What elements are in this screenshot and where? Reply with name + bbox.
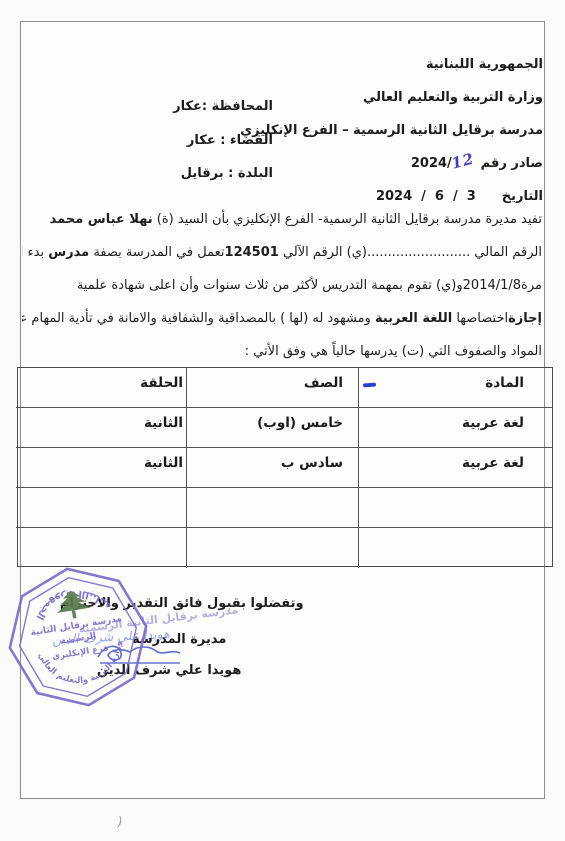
scanned-document-page: { "header": { "right_lines": [ "الجمهوري… — [0, 0, 565, 841]
issue-year: 2024 — [411, 147, 447, 180]
body-line-5: المواد والصفوف التي (ت) يدرسها حالياً هي… — [22, 335, 542, 368]
body-line-1: تفيد مديرة مدرسة برقايل الثانية الرسمية-… — [22, 203, 542, 236]
governorate-label: المحافظة : — [202, 99, 273, 114]
column-header-class: الصف — [187, 368, 359, 408]
table-row-2-subject: لغة عربية — [359, 448, 552, 488]
subjects-table: المادة الصف الحلقة لغة عربية خامس (اوب) … — [17, 367, 553, 567]
town-field: البلدة : برقايل — [113, 157, 273, 191]
table-row-1-class: خامس (اوب) — [187, 408, 359, 448]
table-row-3-class — [187, 488, 359, 528]
teacher-name: نهلا عباس محمد — [50, 212, 153, 227]
body-line-3: مرة2014/1/8و(ي) تقوم بمهمة التدريس لأكثر… — [22, 269, 542, 302]
table-row-3-subject — [359, 488, 552, 528]
body-line-4-end: ومشهود له (لها ) بالمصداقية والشفافية وا… — [22, 311, 375, 326]
table-row-4-class — [187, 528, 359, 568]
principal-name: هويدا علي شرف الدين — [97, 663, 241, 678]
financial-number-label: الرقم المالي .........................(ي… — [279, 245, 542, 260]
table-row-1-subject: لغة عربية — [359, 408, 552, 448]
automated-number: 124501 — [225, 245, 279, 260]
governorate-field: المحافظة :عكار — [113, 90, 273, 124]
body-line-4: إجازةاختصاصها اللغة العربية ومشهود له (ل… — [22, 302, 542, 335]
location-fields: المحافظة :عكار القضاء : عكار البلدة : بر… — [113, 90, 273, 191]
column-header-cycle: الحلقة — [16, 368, 187, 408]
district-field: القضاء : عكار — [113, 124, 273, 158]
table-row-2-class: سادس ب — [187, 448, 359, 488]
specialty-value: اللغة العربية — [375, 311, 452, 326]
degree-word: إجازة — [508, 311, 542, 326]
column-header-subject: المادة — [359, 368, 552, 408]
salutation-line: وتفضلوا بقبول فائق التقدير والاحترام — [60, 596, 304, 611]
town-value: برقايل — [181, 166, 224, 181]
specialty-label: اختصاصها — [452, 311, 508, 326]
table-row-4-subject — [359, 528, 552, 568]
district-value: عكار — [187, 133, 216, 148]
body-line-1-text: تفيد مديرة مدرسة برقايل الثانية الرسمية-… — [153, 212, 542, 227]
stray-pen-mark: ( — [115, 815, 123, 831]
issue-number-handwritten: 12 — [448, 143, 478, 181]
governorate-value: عكار — [173, 99, 202, 114]
issue-label: صادر رقم — [481, 147, 543, 180]
certificate-body: تفيد مديرة مدرسة برقايل الثانية الرسمية-… — [22, 203, 542, 368]
body-line-2-mid: تعمل في المدرسة بصفة — [89, 245, 224, 260]
district-label: القضاء : — [220, 133, 273, 148]
body-line-2: الرقم المالي .........................(ي… — [22, 236, 542, 269]
table-row-4-cycle — [16, 528, 187, 568]
table-row-2-cycle: الثانية — [16, 448, 187, 488]
town-label: البلدة : — [228, 166, 273, 181]
table-row-3-cycle — [16, 488, 187, 528]
table-row-1-cycle: الثانية — [16, 408, 187, 448]
republic-title: الجمهورية اللبنانية — [183, 48, 543, 81]
body-line-2-end: بدء العمل لأول — [22, 245, 48, 260]
job-title: مدرس — [48, 245, 89, 260]
